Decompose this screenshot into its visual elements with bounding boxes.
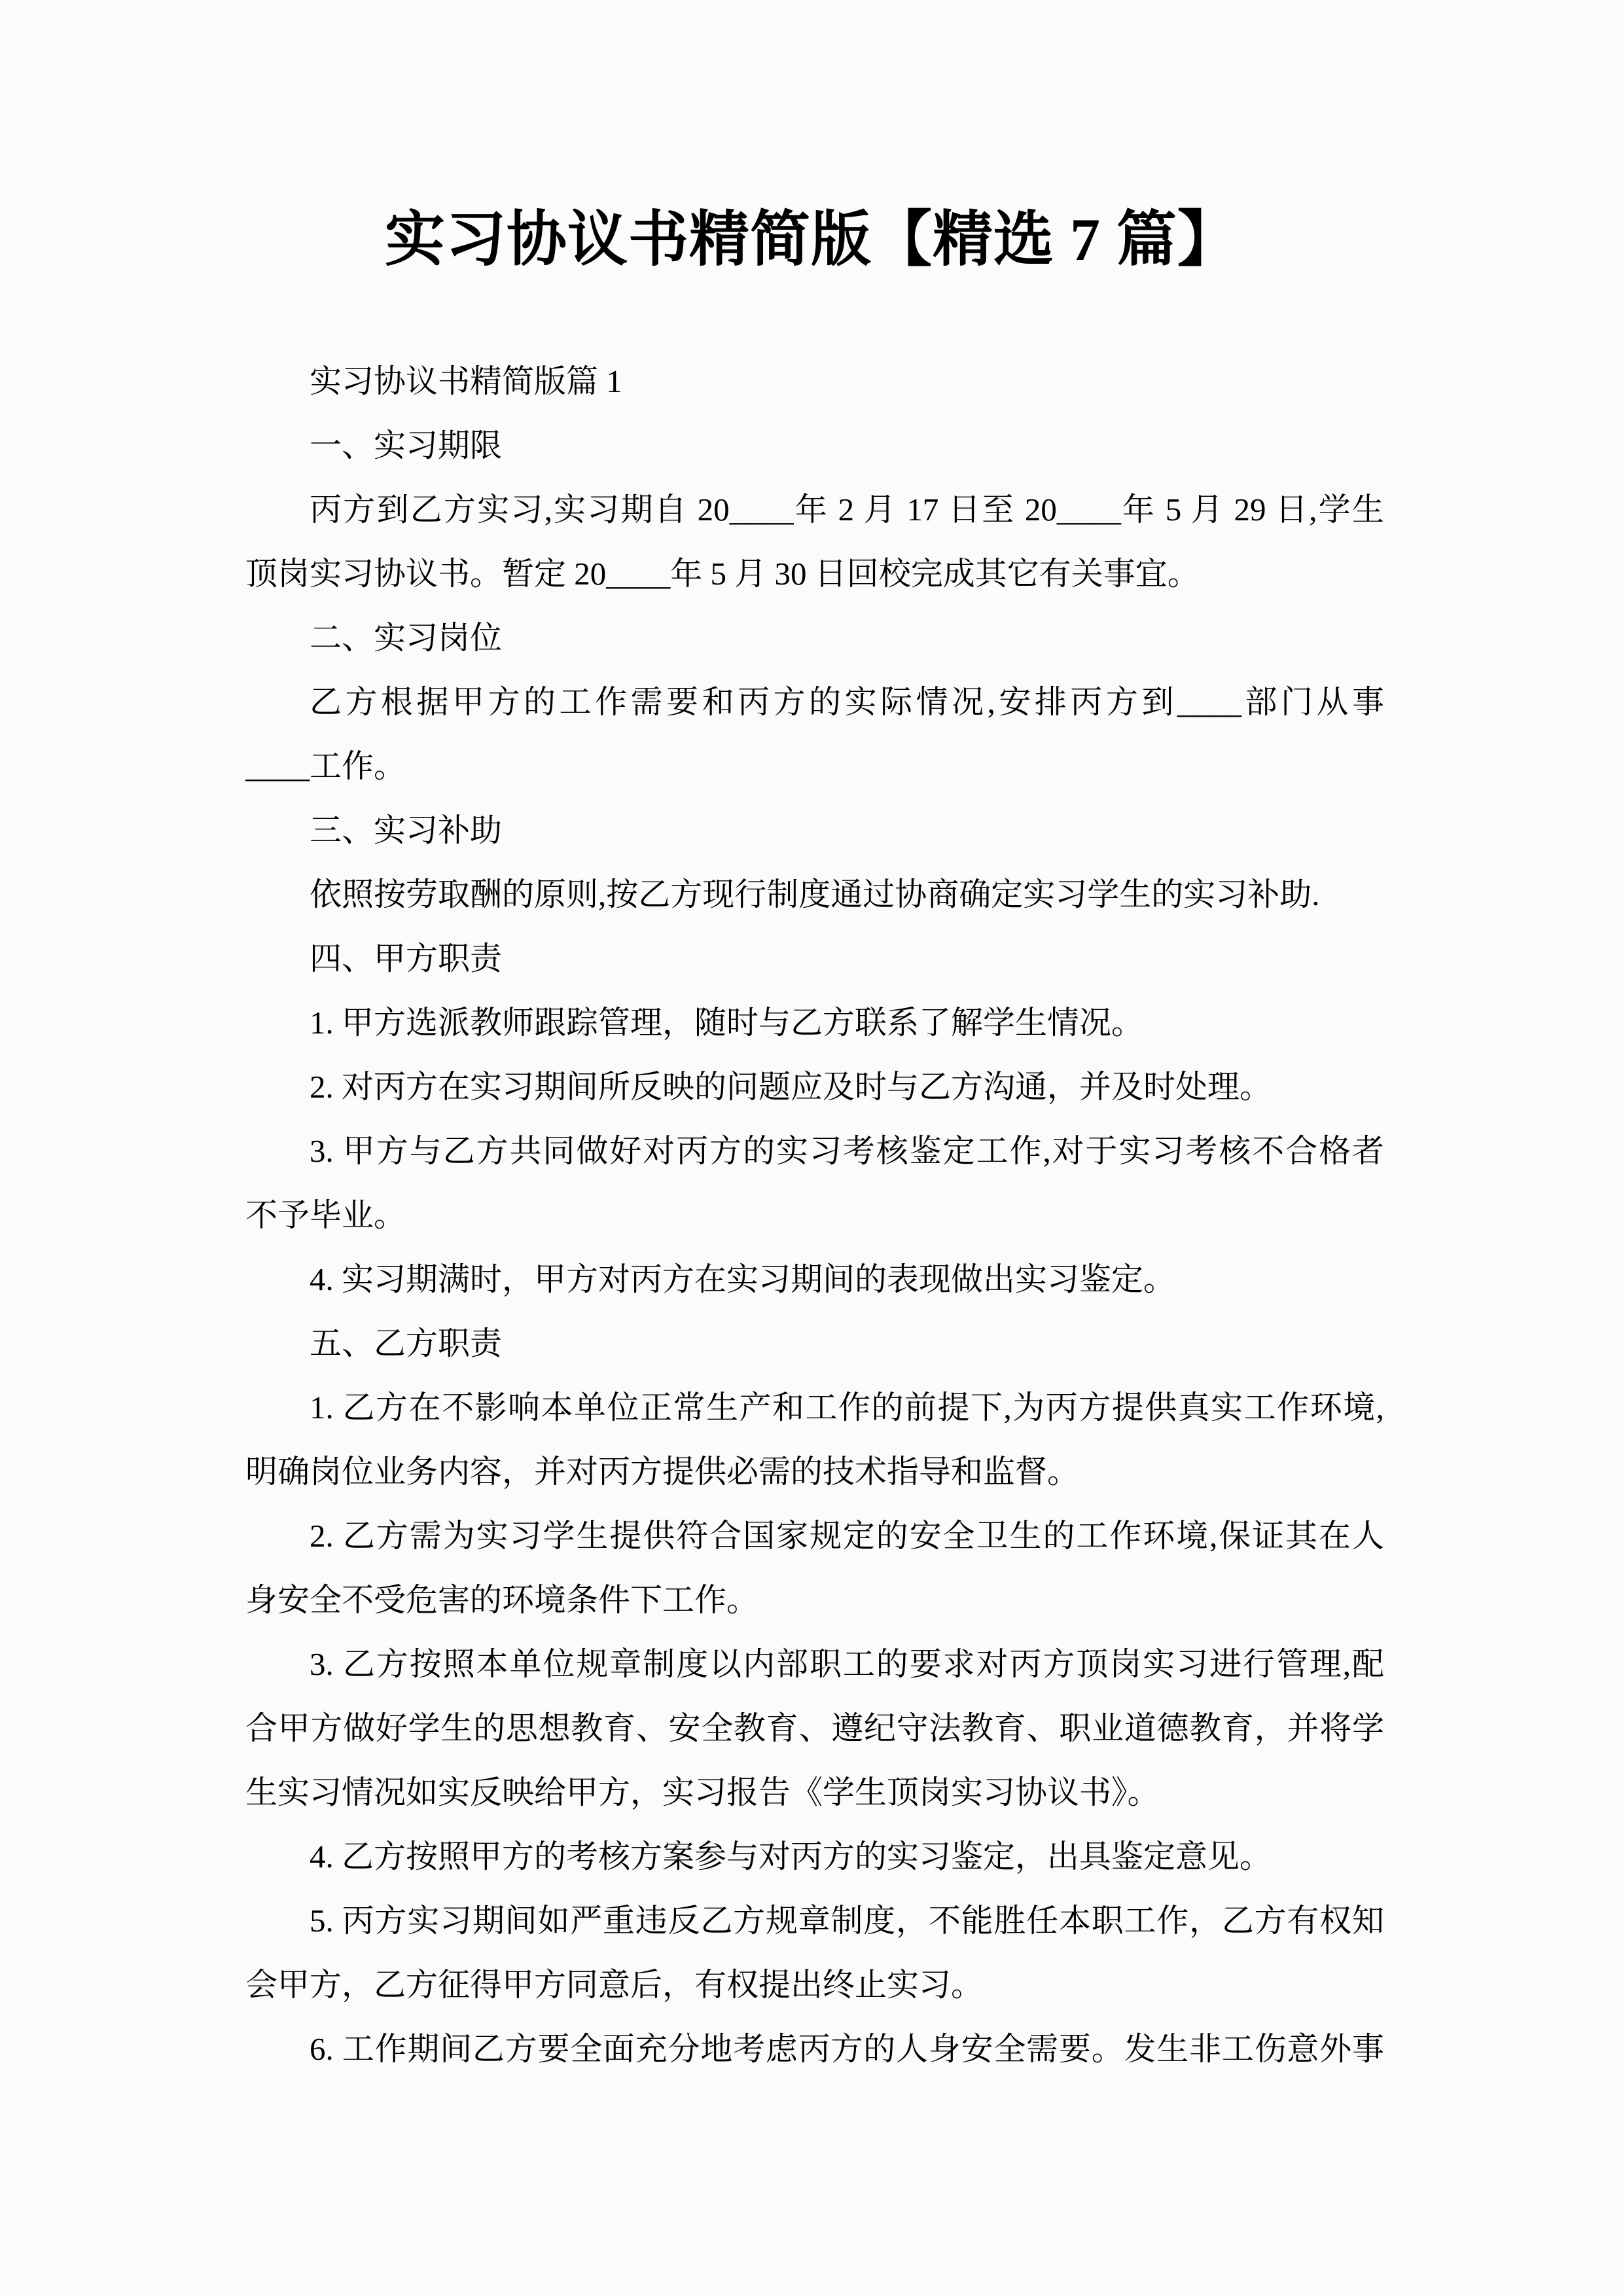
text-line: 6. 工作期间乙方要全面充分地考虑丙方的人身安全需要。发生非工伤意外事 [245, 2017, 1384, 2081]
document-body: 实习协议书精简版篇 1一、实习期限丙方到乙方实习,实习期自 20____年 2 … [245, 350, 1384, 2081]
text-line: 1. 甲方选派教师跟踪管理，随时与乙方联系了解学生情况。 [245, 991, 1384, 1055]
text-line: 3. 甲方与乙方共同做好对丙方的实习考核鉴定工作,对于实习考核不合格者 [245, 1119, 1384, 1183]
text-line: 4. 乙方按照甲方的考核方案参与对丙方的实习鉴定，出具鉴定意见。 [245, 1825, 1384, 1889]
text-line: 5. 丙方实习期间如严重违反乙方规章制度，不能胜任本职工作，乙方有权知 [245, 1889, 1384, 1953]
text-line: 1. 乙方在不影响本单位正常生产和工作的前提下,为丙方提供真实工作环境, [245, 1376, 1384, 1440]
text-line: 四、甲方职责 [245, 927, 1384, 991]
text-line: 不予毕业。 [245, 1183, 1384, 1247]
text-line: 一、实习期限 [245, 414, 1384, 478]
text-line: 会甲方，乙方征得甲方同意后，有权提出终止实习。 [245, 1953, 1384, 2017]
text-line: 依照按劳取酬的原则,按乙方现行制度通过协商确定实习学生的实习补助. [245, 863, 1384, 927]
text-line: 2. 对丙方在实习期间所反映的问题应及时与乙方沟通，并及时处理。 [245, 1055, 1384, 1119]
text-line: 身安全不受危害的环境条件下工作。 [245, 1568, 1384, 1632]
text-line: 生实习情况如实反映给甲方，实习报告《学生顶岗实习协议书》。 [245, 1761, 1384, 1825]
document-title: 实习协议书精简版【精选 7 篇】 [0, 208, 1623, 271]
text-line: 3. 乙方按照本单位规章制度以内部职工的要求对丙方顶岗实习进行管理,配 [245, 1632, 1384, 1696]
text-line: 五、乙方职责 [245, 1312, 1384, 1376]
text-line: 2. 乙方需为实习学生提供符合国家规定的安全卫生的工作环境,保证其在人 [245, 1504, 1384, 1568]
text-line: 明确岗位业务内容，并对丙方提供必需的技术指导和监督。 [245, 1440, 1384, 1504]
text-line: 三、实习补助 [245, 798, 1384, 863]
text-line: 顶岗实习协议书。暂定 20____年 5 月 30 日回校完成其它有关事宜。 [245, 542, 1384, 606]
document-page: 实习协议书精简版【精选 7 篇】 实习协议书精简版篇 1一、实习期限丙方到乙方实… [0, 0, 1623, 2296]
text-line: ____工作。 [245, 734, 1384, 798]
text-line: 丙方到乙方实习,实习期自 20____年 2 月 17 日至 20____年 5… [245, 478, 1384, 542]
text-line: 合甲方做好学生的思想教育、安全教育、遵纪守法教育、职业道德教育，并将学 [245, 1696, 1384, 1761]
text-line: 4. 实习期满时，甲方对丙方在实习期间的表现做出实习鉴定。 [245, 1247, 1384, 1312]
text-line: 乙方根据甲方的工作需要和丙方的实际情况,安排丙方到____部门从事 [245, 670, 1384, 734]
text-line: 实习协议书精简版篇 1 [245, 350, 1384, 414]
text-line: 二、实习岗位 [245, 606, 1384, 670]
